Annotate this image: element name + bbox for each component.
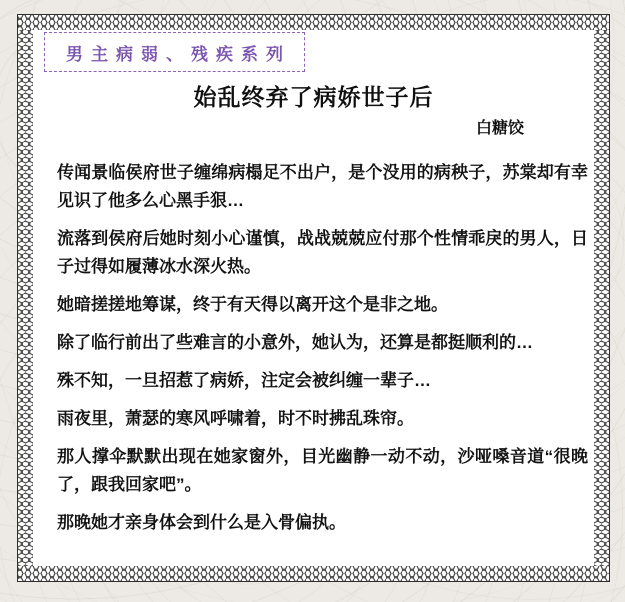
frame-pattern-bottom-border: [18, 566, 609, 581]
frame-pattern-top-border: [18, 15, 609, 30]
ornamental-page-frame: 男主病弱、残疾系列 始乱终弃了病娇世子后 白糖饺 传闻景临侯府世子缠绵病榻足不出…: [17, 14, 610, 582]
paragraph: 除了临行前出了些难言的小意外，她认为，还算是都挺顺利的…: [57, 329, 588, 357]
paragraph: 流落到侯府后她时刻小心谨慎，战战兢兢应付那个性情乖戾的男人，日子过得如履薄冰水深…: [57, 225, 588, 281]
paragraph: 那人撑伞默默出现在她家窗外，目光幽静一动不动，沙哑嗓音道“很晚了，跟我回家吧”。: [57, 443, 588, 499]
paragraph: 殊不知，一旦招惹了病娇，注定会被纠缠一辈子…: [57, 367, 588, 395]
story-title: 始乱终弃了病娇世子后: [18, 79, 609, 112]
paragraph: 她暗搓搓地筹谋，终于有天得以离开这个是非之地。: [57, 291, 588, 319]
paragraph: 传闻景临侯府世子缠绵病榻足不出户，是个没用的病秧子，苏棠却有幸见识了他多么心黑手…: [57, 159, 588, 215]
paragraph: 那晚她才亲身体会到什么是入骨偏执。: [57, 509, 588, 537]
paragraph: 雨夜里，萧瑟的寒风呼啸着，时不时拂乱珠帘。: [57, 405, 588, 433]
series-label-box: 男主病弱、残疾系列: [44, 32, 305, 72]
page-background: { "page": { "background_color": "#edeae5…: [0, 0, 625, 602]
story-paragraphs: 传闻景临侯府世子缠绵病榻足不出户，是个没用的病秧子，苏棠却有幸见识了他多么心黑手…: [57, 159, 588, 547]
story-author: 白糖饺: [18, 115, 609, 138]
series-label: 男主病弱、残疾系列: [58, 40, 291, 65]
